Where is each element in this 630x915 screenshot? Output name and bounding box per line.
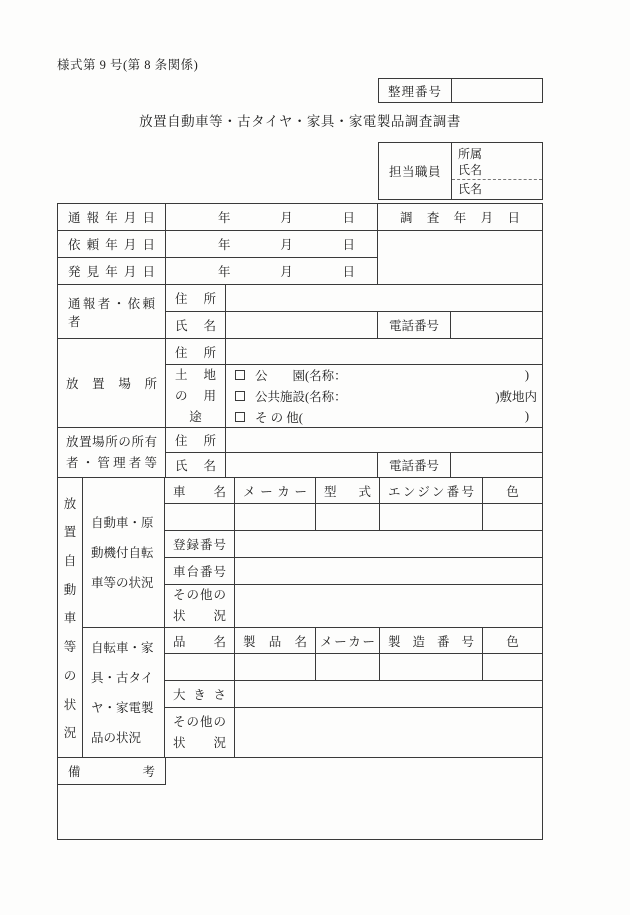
- product-name-field[interactable]: [235, 654, 316, 681]
- land-use-option-park: 公 園(名称： ): [226, 365, 542, 386]
- park-option-close: ): [525, 368, 529, 383]
- month-label: 月: [280, 235, 293, 253]
- chassis-label: 車台番号: [165, 558, 235, 585]
- appliance-color-field[interactable]: [483, 654, 542, 681]
- owner-name-field[interactable]: [226, 453, 378, 478]
- month-label: 月: [280, 208, 293, 226]
- day-label: 日: [342, 208, 355, 226]
- public-facility-checkbox-icon[interactable]: [235, 391, 245, 401]
- land-use-options: 公 園(名称： ) 公共施設(名称： )敷地内 そ の 他(: [226, 365, 542, 428]
- survey-date-field[interactable]: [378, 258, 542, 285]
- vehicle-model-header: 型式: [316, 478, 380, 504]
- vehicle-engine-header: エンジン番号: [380, 478, 483, 504]
- appliance-other-field[interactable]: [235, 708, 542, 758]
- item-name-field[interactable]: [165, 654, 235, 681]
- survey-date-field[interactable]: [378, 231, 542, 258]
- day-label: 日: [342, 262, 355, 280]
- appliance-header-row: 品名 製品名 メーカー 製造番号 色: [165, 628, 542, 654]
- chassis-row: 車台番号: [165, 558, 542, 585]
- location-address-field[interactable]: [226, 339, 542, 365]
- appliance-status-label: 自転車・家 具・古タイ ヤ・家電製 品の状況: [83, 628, 165, 758]
- staff-label: 担当職員: [379, 143, 452, 199]
- owner-address-row: 住所: [166, 428, 542, 453]
- appliance-other-label: その他の 状況: [165, 708, 235, 758]
- appliance-data-row: [165, 654, 542, 681]
- reporter-name-row: 氏名 電話番号: [166, 312, 542, 339]
- reference-number-label: 整理番号: [379, 79, 452, 102]
- reporter-name-label: 氏名: [166, 312, 226, 339]
- registration-row: 登録番号: [165, 531, 542, 558]
- request-date-field[interactable]: 年 月 日: [166, 231, 378, 258]
- remarks-field[interactable]: [166, 758, 542, 839]
- vehicle-other-field[interactable]: [235, 585, 542, 628]
- size-field[interactable]: [235, 681, 542, 708]
- discovery-date-label: 発見年月日: [58, 258, 166, 285]
- discovery-date-row: 発見年月日 年 月 日: [58, 258, 542, 285]
- staff-fields: 所属 氏名 氏名: [452, 143, 542, 199]
- vehicle-name-field[interactable]: [165, 504, 235, 531]
- vehicle-model-field[interactable]: [316, 504, 380, 531]
- other-checkbox-icon[interactable]: [235, 412, 245, 422]
- owner-section: 放置場所の所有 者・管理者等 住所 氏名 電話番号: [58, 428, 542, 478]
- form-page: 様式第 9 号(第 8 条関係) 整理番号 放置自動車等・古タイヤ・家具・家電製…: [0, 0, 630, 915]
- registration-field[interactable]: [235, 531, 542, 558]
- status-sublabels: 自動車・原 動機付自転 車等の状況 自転車・家 具・古タイ ヤ・家電製 品の状況: [83, 478, 165, 758]
- appliance-maker-field[interactable]: [316, 654, 380, 681]
- reporter-label: 通報者・依頼者: [58, 285, 166, 339]
- owner-address-field[interactable]: [226, 428, 542, 453]
- vehicle-color-field[interactable]: [483, 504, 542, 531]
- other-option-text: そ の 他(: [255, 408, 303, 426]
- vehicle-color-header: 色: [483, 478, 542, 504]
- registration-label: 登録番号: [165, 531, 235, 558]
- staff-affiliation-field[interactable]: 所属: [452, 143, 542, 162]
- location-address-row: 住所: [166, 339, 542, 365]
- land-use-label: 土地 の用 途: [166, 365, 226, 428]
- park-option-text: 公 園(名称：: [255, 366, 347, 384]
- location-fields: 住所 土地 の用 途 公 園(名称： ): [166, 339, 542, 428]
- reporter-phone-field[interactable]: [451, 312, 542, 339]
- vehicle-name-header: 車名: [165, 478, 235, 504]
- location-section: 放置場所 住所 土地 の用 途 公 園(名称：: [58, 339, 542, 428]
- report-date-row: 通報年月日 年 月 日 調査年月日: [58, 204, 542, 231]
- serial-number-field[interactable]: [380, 654, 483, 681]
- status-fields: 車名 メーカー 型式 エンジン番号 色 登録番号: [165, 478, 542, 758]
- status-section: 放置自動車等の状況 自動車・原 動機付自転 車等の状況 自転車・家 具・古タイ …: [58, 478, 542, 758]
- remarks-label: 備考: [58, 758, 166, 785]
- vehicle-other-row: その他の 状況: [165, 585, 542, 628]
- vehicle-maker-field[interactable]: [235, 504, 316, 531]
- vehicle-maker-header: メーカー: [235, 478, 316, 504]
- request-date-label: 依頼年月日: [58, 231, 166, 258]
- size-label: 大きさ: [165, 681, 235, 708]
- owner-fields: 住所 氏名 電話番号: [166, 428, 542, 478]
- year-label: 年: [218, 235, 231, 253]
- staff-label-text: 担当職員: [379, 162, 451, 180]
- status-vertical-label: 放置自動車等の状況: [58, 478, 83, 758]
- reporter-phone-label: 電話番号: [378, 312, 451, 339]
- appliance-color-header: 色: [483, 628, 542, 654]
- location-address-label: 住所: [166, 339, 226, 365]
- vehicle-header-row: 車名 メーカー 型式 エンジン番号 色: [165, 478, 542, 504]
- owner-name-row: 氏名 電話番号: [166, 453, 542, 478]
- public-facility-option-close: )敷地内: [495, 387, 537, 405]
- land-use-option-public-facility: 公共施設(名称： )敷地内: [226, 386, 542, 407]
- form-code: 様式第 9 号(第 8 条関係): [57, 55, 198, 73]
- reporter-address-field[interactable]: [226, 285, 542, 312]
- survey-date-label: 調査年月日: [378, 204, 542, 231]
- form-title: 放置自動車等・古タイヤ・家具・家電製品調査調書: [57, 110, 543, 130]
- park-checkbox-icon[interactable]: [235, 370, 245, 380]
- request-date-row: 依頼年月日 年 月 日: [58, 231, 542, 258]
- location-label: 放置場所: [58, 339, 166, 428]
- month-label: 月: [280, 262, 293, 280]
- reporter-fields: 住所 氏名 電話番号: [166, 285, 542, 339]
- owner-label: 放置場所の所有 者・管理者等: [58, 428, 166, 478]
- public-facility-option-text: 公共施設(名称：: [255, 387, 347, 405]
- reporter-address-row: 住所: [166, 285, 542, 312]
- reporter-name-field[interactable]: [226, 312, 378, 339]
- owner-phone-field[interactable]: [451, 453, 542, 478]
- staff-box: 担当職員 所属 氏名 氏名: [378, 142, 543, 200]
- reference-number-label-text: 整理番号: [379, 82, 451, 100]
- remarks-section: 備考: [58, 758, 542, 839]
- day-label: 日: [342, 235, 355, 253]
- appliance-other-row: その他の 状況: [165, 708, 542, 758]
- chassis-field[interactable]: [235, 558, 542, 585]
- other-option-close: ): [525, 409, 529, 424]
- main-table: 通報年月日 年 月 日 調査年月日 依頼年月日 年 月 日 発見年月日 年 月: [57, 203, 543, 840]
- year-label: 年: [218, 262, 231, 280]
- reference-number-field[interactable]: [452, 79, 542, 102]
- report-date-field[interactable]: 年 月 日: [166, 204, 378, 231]
- vehicle-data-row: [165, 504, 542, 531]
- reference-number-box: 整理番号: [378, 78, 543, 103]
- appliance-maker-header: メーカー: [316, 628, 380, 654]
- reporter-address-label: 住所: [166, 285, 226, 312]
- report-date-label: 通報年月日: [58, 204, 166, 231]
- serial-number-header: 製造番号: [380, 628, 483, 654]
- year-label: 年: [218, 208, 231, 226]
- owner-phone-label: 電話番号: [378, 453, 451, 478]
- size-row: 大きさ: [165, 681, 542, 708]
- owner-name-label: 氏名: [166, 453, 226, 478]
- reporter-section: 通報者・依頼者 住所 氏名 電話番号: [58, 285, 542, 339]
- owner-address-label: 住所: [166, 428, 226, 453]
- staff-name-field-1[interactable]: 氏名: [452, 162, 542, 180]
- vehicle-other-label: その他の 状況: [165, 585, 235, 628]
- discovery-date-field[interactable]: 年 月 日: [166, 258, 378, 285]
- vehicle-engine-field[interactable]: [380, 504, 483, 531]
- vehicle-status-label: 自動車・原 動機付自転 車等の状況: [83, 478, 165, 628]
- staff-name-field-2[interactable]: 氏名: [452, 180, 542, 199]
- item-name-header: 品名: [165, 628, 235, 654]
- land-use-option-other: そ の 他( ): [226, 406, 542, 427]
- land-use-row: 土地 の用 途 公 園(名称： ) 公共施設(名称：: [166, 365, 542, 428]
- product-name-header: 製品名: [235, 628, 316, 654]
